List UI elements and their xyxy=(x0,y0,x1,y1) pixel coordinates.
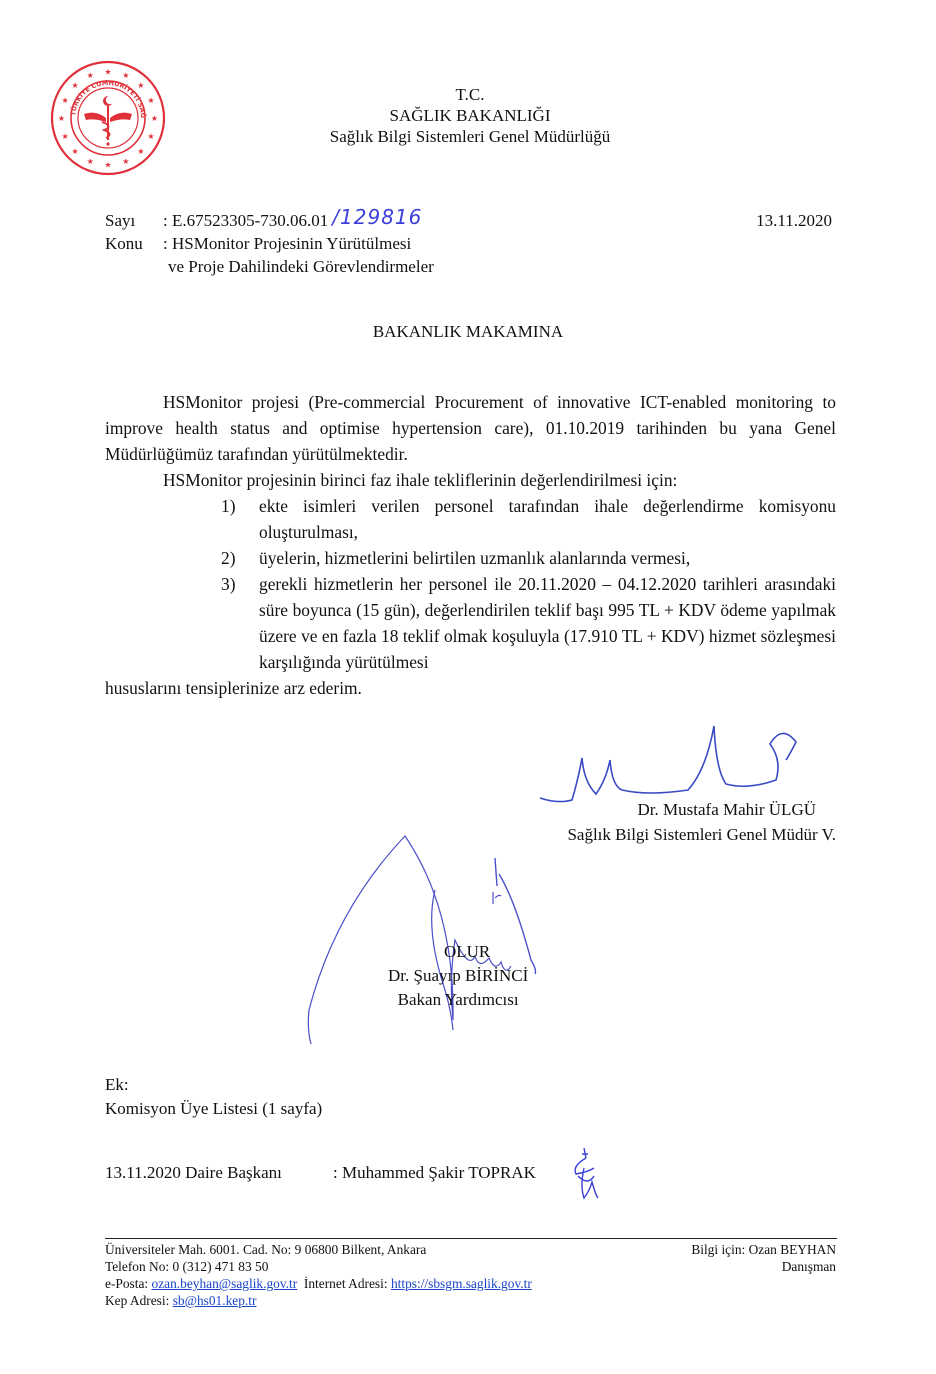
list-item-number: 2) xyxy=(221,545,259,571)
request-list: 1) ekte isimleri verilen personel tarafı… xyxy=(105,493,836,675)
list-item-number: 3) xyxy=(221,571,259,675)
svg-text:★: ★ xyxy=(122,157,129,166)
list-item: 2) üyelerin, hizmetlerini belirtilen uzm… xyxy=(221,545,836,571)
number-value: : E.67523305-730.06.01 xyxy=(163,209,328,232)
attachments: Ek: Komisyon Üye Listesi (1 sayfa) xyxy=(105,1073,322,1121)
info-contact: Bilgi için: Ozan BEYHAN xyxy=(691,1241,836,1258)
attachment-item: Komisyon Üye Listesi (1 sayfa) xyxy=(105,1097,322,1121)
svg-text:★: ★ xyxy=(104,68,111,77)
svg-text:★: ★ xyxy=(122,71,129,80)
footer-contact: Üniversiteler Mah. 6001. Cad. No: 9 0680… xyxy=(105,1241,532,1309)
letterhead: T.C. SAĞLIK BAKANLIĞI Sağlık Bilgi Siste… xyxy=(0,84,936,147)
approval-text: OLUR xyxy=(388,940,528,964)
letter-body: HSMonitor projesi (Pre-commercial Procur… xyxy=(105,389,836,701)
web-label: İnternet Adresi: xyxy=(304,1276,388,1291)
svg-text:★: ★ xyxy=(87,71,94,80)
list-item: 1) ekte isimleri verilen personel tarafı… xyxy=(221,493,836,545)
department-chief-line: 13.11.2020 Daire Başkanı: Muhammed Şakir… xyxy=(105,1163,536,1183)
list-item: 3) gerekli hizmetlerin her personel ile … xyxy=(221,571,836,675)
signatory-2: OLUR Dr. Şuayıp BİRİNCİ Bakan Yardımcısı xyxy=(388,940,528,1012)
chief-name: : Muhammed Şakir TOPRAK xyxy=(333,1163,536,1182)
email-label: e-Posta: xyxy=(105,1276,148,1291)
signatory-1-title: Sağlık Bilgi Sistemleri Genel Müdür V. xyxy=(567,822,836,847)
subject-line-2: ve Proje Dahilindeki Görevlendirmeler xyxy=(163,255,434,278)
number-label: Sayı xyxy=(105,209,163,232)
signatory-2-name: Dr. Şuayıp BİRİNCİ xyxy=(388,964,528,988)
subject-line-1: : HSMonitor Projesinin Yürütülmesi xyxy=(163,232,411,255)
list-item-text: üyelerin, hizmetlerini belirtilen uzmanl… xyxy=(259,545,836,571)
signatory-1: Dr. Mustafa Mahir ÜLGÜ Sağlık Bilgi Sist… xyxy=(567,797,836,847)
svg-text:★: ★ xyxy=(137,147,144,156)
document-meta: Sayı : E.67523305-730.06.01 /129816 Konu… xyxy=(105,209,434,278)
signatory-2-title: Bakan Yardımcısı xyxy=(388,988,528,1012)
svg-text:★: ★ xyxy=(72,147,79,156)
footer-divider xyxy=(105,1238,837,1239)
document-date: 13.11.2020 xyxy=(756,211,832,231)
letterhead-directorate: Sağlık Bilgi Sistemleri Genel Müdürlüğü xyxy=(0,126,936,147)
chief-date-role: 13.11.2020 Daire Başkanı xyxy=(105,1163,333,1183)
signatory-1-name: Dr. Mustafa Mahir ÜLGÜ xyxy=(567,797,836,822)
svg-text:★: ★ xyxy=(104,161,111,170)
body-paragraph-1: HSMonitor projesi (Pre-commercial Procur… xyxy=(105,389,836,467)
closing-sentence: hususlarını tensiplerinize arz ederim. xyxy=(105,675,836,701)
kep-link[interactable]: sb@hs01.kep.tr xyxy=(173,1293,257,1308)
footer-phone: Telefon No: 0 (312) 471 83 50 xyxy=(105,1258,532,1275)
info-title: Danışman xyxy=(691,1258,836,1275)
handwritten-number: /129816 xyxy=(332,206,422,229)
attachments-label: Ek: xyxy=(105,1073,322,1097)
body-paragraph-2: HSMonitor projesinin birinci faz ihale t… xyxy=(105,467,836,493)
initials-toprak-icon xyxy=(568,1146,600,1202)
list-item-text: ekte isimleri verilen personel tarafında… xyxy=(259,493,836,545)
footer-address: Üniversiteler Mah. 6001. Cad. No: 9 0680… xyxy=(105,1241,532,1258)
letterhead-country: T.C. xyxy=(0,84,936,105)
footer-info: Bilgi için: Ozan BEYHAN Danışman xyxy=(691,1241,836,1275)
email-link[interactable]: ozan.beyhan@saglik.gov.tr xyxy=(152,1276,298,1291)
list-item-number: 1) xyxy=(221,493,259,545)
list-item-text: gerekli hizmetlerin her personel ile 20.… xyxy=(259,571,836,675)
website-link[interactable]: https://sbsgm.saglik.gov.tr xyxy=(391,1276,532,1291)
addressee: BAKANLIK MAKAMINA xyxy=(0,322,936,342)
kep-label: Kep Adresi: xyxy=(105,1293,169,1308)
letterhead-ministry: SAĞLIK BAKANLIĞI xyxy=(0,105,936,126)
svg-text:★: ★ xyxy=(87,157,94,166)
subject-label: Konu xyxy=(105,232,163,255)
